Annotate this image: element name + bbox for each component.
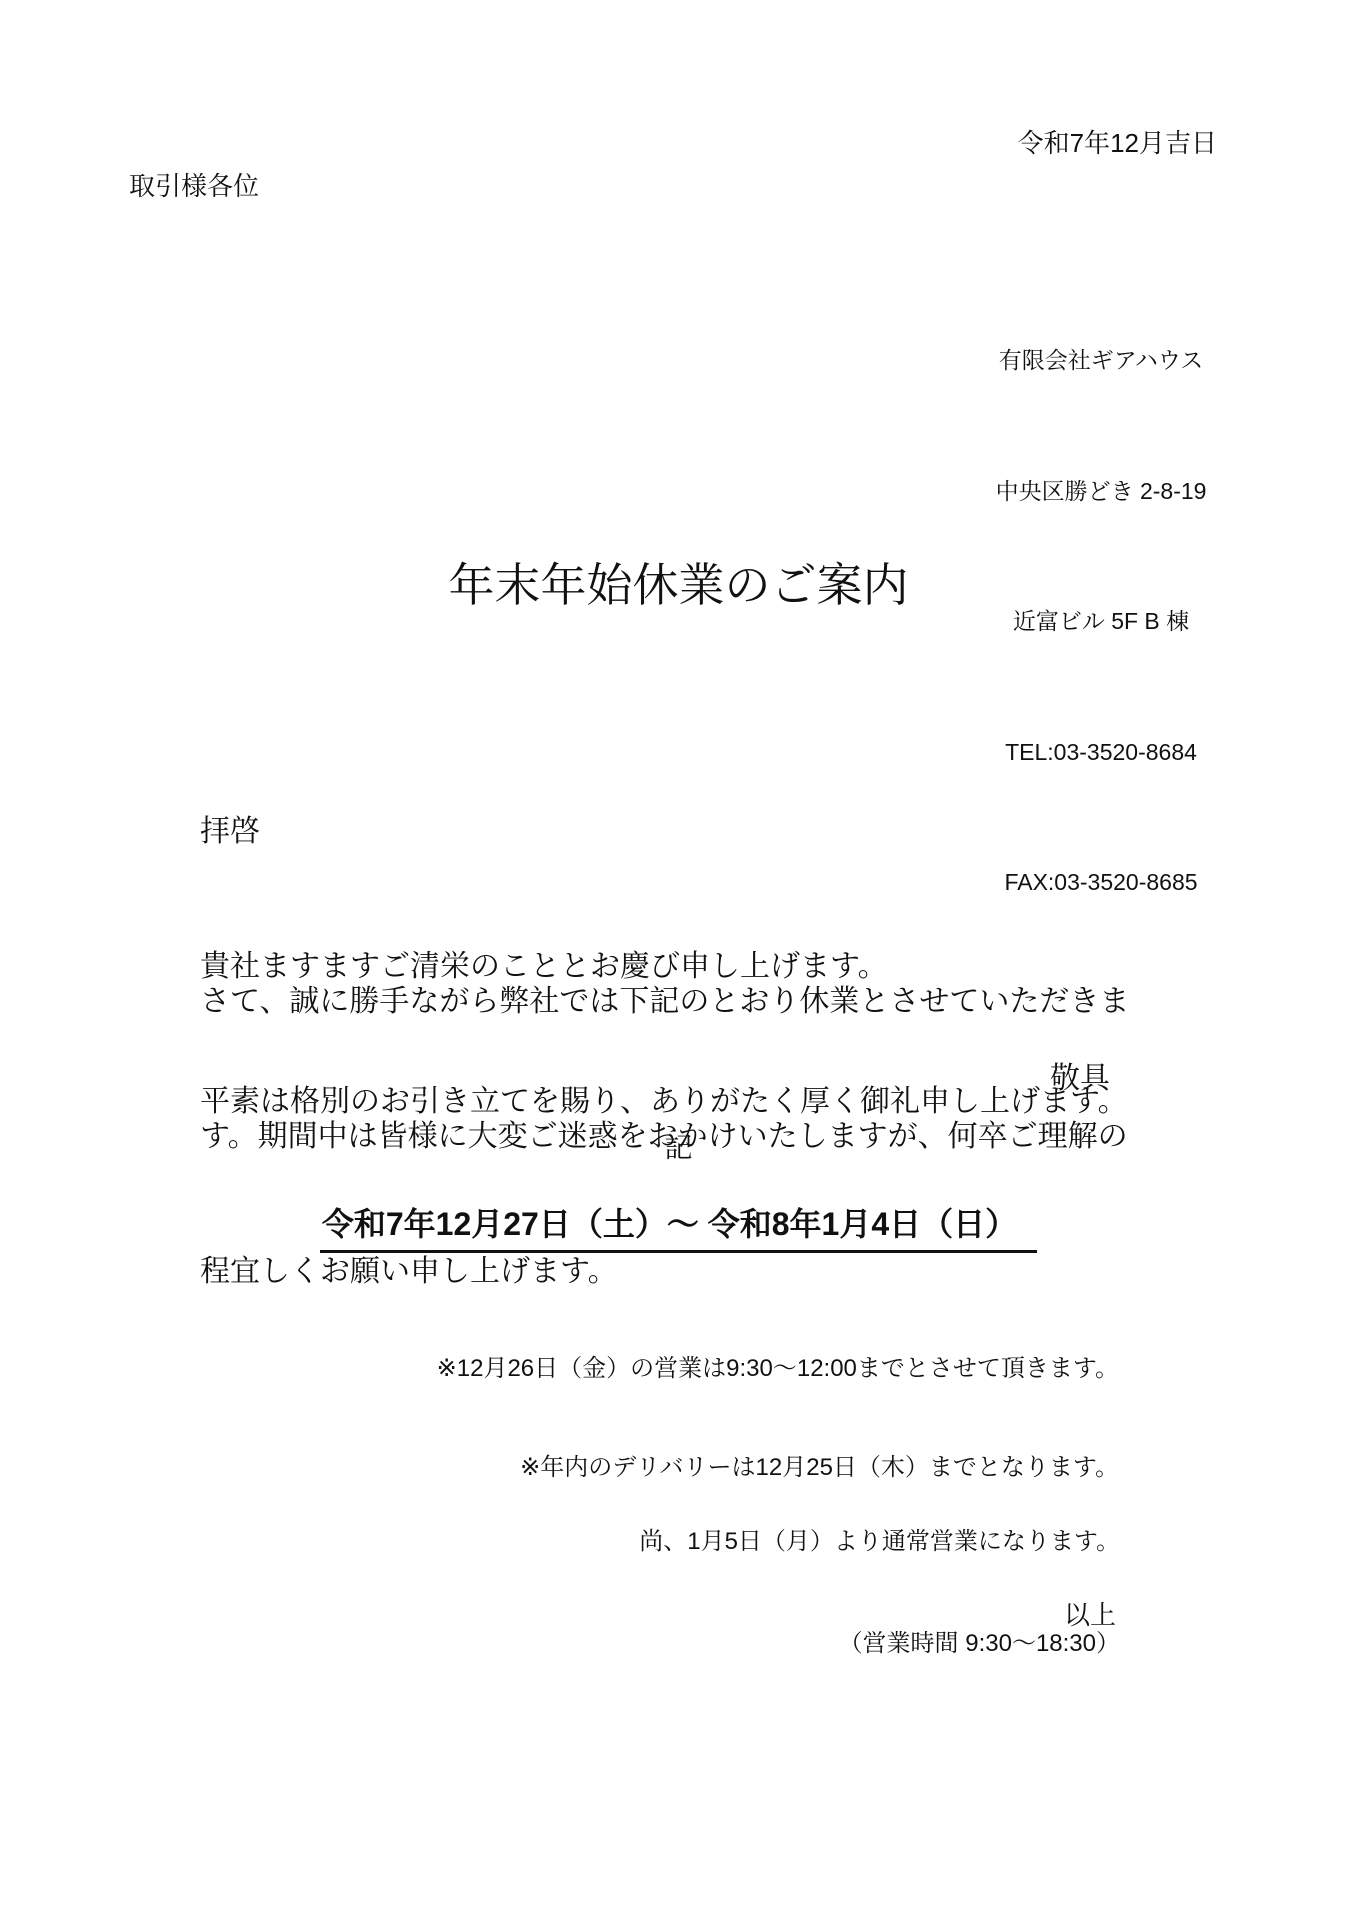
holiday-period-wrap: 令和7年12月27日（土）〜 令和8年1月4日（日） bbox=[0, 1199, 1357, 1253]
resume-line-2: （営業時間 9:30〜18:30） bbox=[639, 1627, 1120, 1661]
issue-date: 令和7年12月吉日 bbox=[1018, 123, 1217, 160]
sender-address-line-1: 中央区勝どき 2-8-19 bbox=[978, 470, 1224, 514]
record-marker: 記 bbox=[0, 1126, 1357, 1166]
resume-block: 尚、1月5日（月）より通常営業になります。 （営業時間 9:30〜18:30） bbox=[639, 1457, 1120, 1729]
note-line-1: ※12月26日（金）の営業は9:30〜12:00までとさせて頂きます。 bbox=[437, 1352, 1119, 1385]
closing-keigu: 敬具 bbox=[1050, 1053, 1110, 1097]
resume-line-1: 尚、1月5日（月）より通常営業になります。 bbox=[639, 1525, 1120, 1559]
salutation: 拝啓 bbox=[200, 809, 1128, 854]
recipient-line: 取引様各位 bbox=[129, 166, 259, 203]
sender-company-name: 有限会社ギアハウス bbox=[978, 339, 1224, 383]
body-line: さて、誠に勝手ながら弊社では下記のとおり休業とさせていただきま bbox=[200, 979, 1129, 1024]
end-marker: 以上 bbox=[1064, 1595, 1116, 1632]
page-title: 年末年始休業のご案内 bbox=[0, 549, 1357, 615]
holiday-period: 令和7年12月27日（土）〜 令和8年1月4日（日） bbox=[320, 1199, 1037, 1253]
letter-page: 令和7年12月吉日 取引様各位 有限会社ギアハウス 中央区勝どき 2-8-19 … bbox=[0, 0, 1357, 1920]
